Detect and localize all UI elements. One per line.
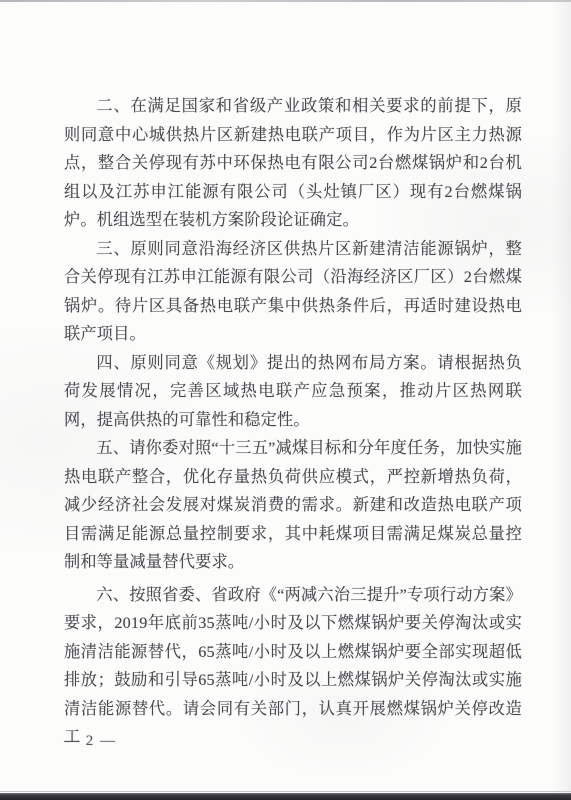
paragraph-item-6: 六、按照省委、省政府《“两减六治三提升”专项行动方案》要求，2019年底前35蒸… — [64, 581, 522, 752]
paragraph-item-4: 四、原则同意《规划》提出的热网布局方案。请根据热负荷发展情况，完善区域热电联产应… — [64, 349, 522, 435]
page-number: — 2 — — [64, 733, 117, 750]
scan-edge-bottom — [0, 790, 571, 800]
scanned-document-page: 二、在满足国家和省级产业政策和相关要求的前提下，原则同意中心城供热片区新建热电联… — [0, 0, 571, 800]
scan-edge-top — [0, 0, 571, 2]
paragraph-item-2: 二、在满足国家和省级产业政策和相关要求的前提下，原则同意中心城供热片区新建热电联… — [64, 92, 522, 235]
paragraph-item-3: 三、原则同意沿海经济区供热片区新建清洁能源锅炉，整合关停现有江苏申江能源有限公司… — [64, 235, 522, 349]
document-body: 二、在满足国家和省级产业政策和相关要求的前提下，原则同意中心城供热片区新建热电联… — [64, 92, 522, 752]
paragraph-item-5: 五、请你委对照“十三五”减煤目标和分年度任务，加快实施热电联产整合，优化存量热负… — [64, 434, 522, 577]
